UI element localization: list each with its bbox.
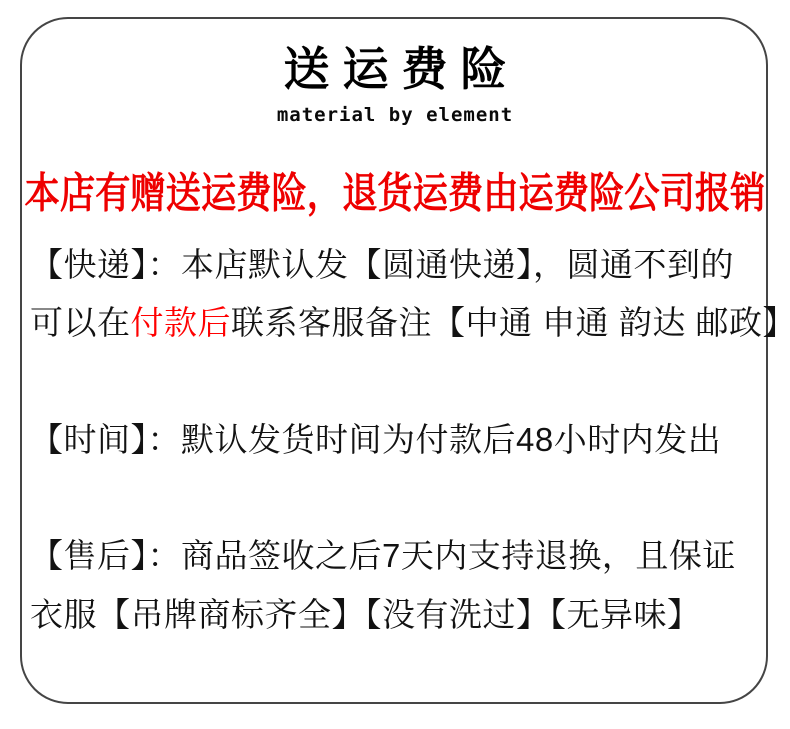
express-section-line-1: 【快递】：本店默认发【圆通快递】，圆通不到的 — [30, 247, 734, 284]
express-line2-prefix: 可以在 — [30, 304, 131, 341]
aftersale-section-line-1: 【售后】：商品签收之后7天内支持退换，且保证 — [30, 538, 736, 575]
shipping-insurance-poster: 送运费险 material by element 本店有赠送运费险，退货运费由运… — [0, 0, 790, 729]
subtitle-text: material by element — [0, 104, 790, 126]
time-section-line-1: 【时间】：默认发货时间为付款后48小时内发出 — [30, 422, 721, 459]
express-line2-highlight-after-payment: 付款后 — [131, 304, 232, 341]
aftersale-section-line-2: 衣服【吊牌商标齐全】【没有洗过】【无异味】 — [30, 597, 701, 634]
express-section-line-2: 可以在付款后联系客服备注【中通 申通 韵达 邮政】 — [30, 305, 790, 342]
page-title: 送运费险 — [0, 45, 790, 93]
banner-insurance-notice: 本店有赠送运费险，退货运费由运费险公司报销 — [8, 161, 782, 220]
express-line2-suffix: 联系客服备注【中通 申通 韵达 邮政】 — [231, 304, 790, 341]
